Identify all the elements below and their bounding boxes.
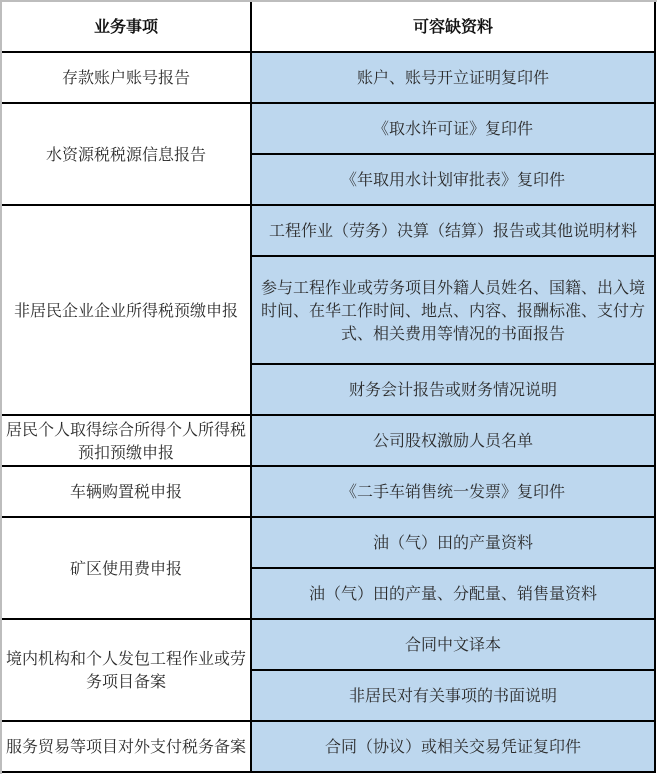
- tax-materials-table: 业务事项 可容缺资料 存款账户账号报告 账户、账号开立证明复印件 水资源税税源信…: [2, 2, 656, 773]
- material-cell: 账户、账号开立证明复印件: [251, 52, 655, 103]
- table-row: 水资源税税源信息报告 《取水许可证》复印件: [2, 103, 655, 154]
- material-cell: 参与工程作业或劳务项目外籍人员姓名、国籍、出入境时间、在华工作时间、地点、内容、…: [251, 256, 655, 364]
- table-row: 车辆购置税申报 《二手车销售统一发票》复印件: [2, 466, 655, 517]
- header-row: 业务事项 可容缺资料: [2, 2, 655, 52]
- header-business-item: 业务事项: [2, 2, 251, 52]
- business-item: 水资源税税源信息报告: [2, 103, 251, 205]
- table-row: 非居民企业企业所得税预缴申报 工程作业（劳务）决算（结算）报告或其他说明材料: [2, 205, 655, 256]
- material-cell: 油（气）田的产量、分配量、销售量资料: [251, 568, 655, 619]
- business-item: 矿区使用费申报: [2, 517, 251, 619]
- material-cell: 《二手车销售统一发票》复印件: [251, 466, 655, 517]
- business-item: 车辆购置税申报: [2, 466, 251, 517]
- material-cell: 合同中文译本: [251, 619, 655, 670]
- material-cell: 油（气）田的产量资料: [251, 517, 655, 568]
- material-cell: 工程作业（劳务）决算（结算）报告或其他说明材料: [251, 205, 655, 256]
- table-row: 矿区使用费申报 油（气）田的产量资料: [2, 517, 655, 568]
- material-cell: 《年取用水计划审批表》复印件: [251, 154, 655, 205]
- material-cell: 公司股权激励人员名单: [251, 415, 655, 466]
- table-row: 居民个人取得综合所得个人所得税预扣预缴申报 公司股权激励人员名单: [2, 415, 655, 466]
- business-item: 存款账户账号报告: [2, 52, 251, 103]
- business-item: 服务贸易等项目对外支付税务备案: [2, 721, 251, 772]
- material-cell: 非居民对有关事项的书面说明: [251, 670, 655, 721]
- business-item: 非居民企业企业所得税预缴申报: [2, 205, 251, 415]
- business-item: 居民个人取得综合所得个人所得税预扣预缴申报: [2, 415, 251, 466]
- material-cell: 《取水许可证》复印件: [251, 103, 655, 154]
- material-cell: 财务会计报告或财务情况说明: [251, 364, 655, 415]
- table-row: 服务贸易等项目对外支付税务备案 合同（协议）或相关交易凭证复印件: [2, 721, 655, 772]
- table-row: 境内机构和个人发包工程作业或劳务项目备案 合同中文译本: [2, 619, 655, 670]
- header-optional-materials: 可容缺资料: [251, 2, 655, 52]
- table-row: 存款账户账号报告 账户、账号开立证明复印件: [2, 52, 655, 103]
- material-cell: 合同（协议）或相关交易凭证复印件: [251, 721, 655, 772]
- business-item: 境内机构和个人发包工程作业或劳务项目备案: [2, 619, 251, 721]
